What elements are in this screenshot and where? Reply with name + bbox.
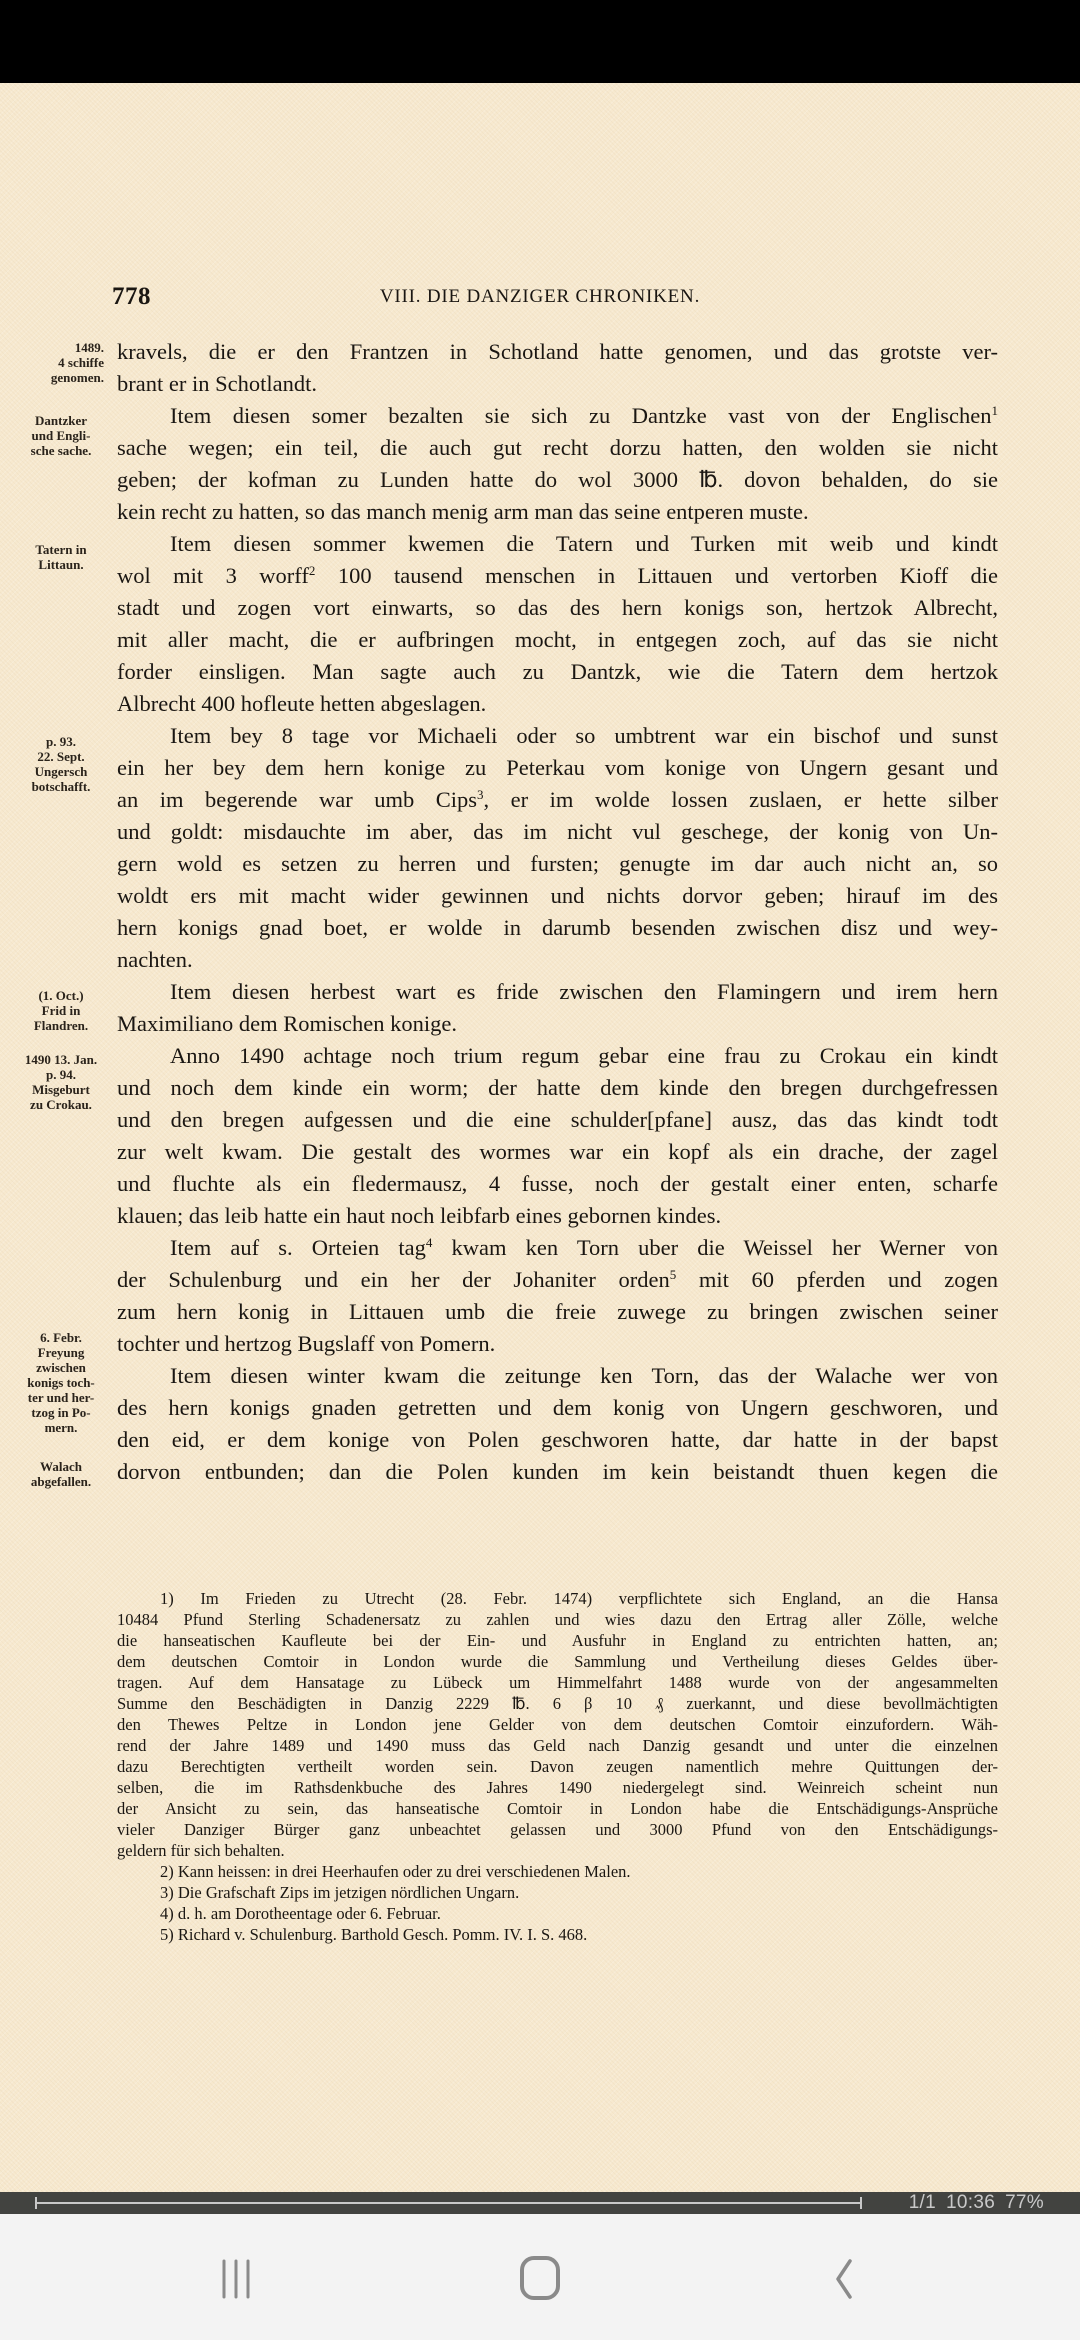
text-span: Item auf s. Orteien tag [170,1235,426,1260]
text-line: zum hern konig in Littauen umb die freie… [117,1296,998,1328]
text-line: wol mit 3 worff2 100 tausend menschen in… [117,560,998,592]
margin-note-line: 22. Sept. [18,749,104,764]
margin-note-line: Frid in [18,1003,104,1018]
margin-note-dantzker: Dantzker und Engli- sche sache. [18,413,104,458]
status-info: 1/110:3677% [899,2192,1044,2214]
home-button[interactable] [500,2244,580,2314]
text-line: Item diesen somer bezalten sie sich zu D… [170,400,998,432]
home-icon [517,2256,563,2302]
footnote-2: 2) Kann heissen: in drei Heerhaufen oder… [160,1861,631,1882]
margin-note-line: 4 schiffe [18,355,104,370]
page-progress-slider[interactable] [35,2202,862,2204]
text-line: Item diesen winter kwam die zeitunge ken… [170,1360,998,1392]
footnote-line: Summe den Beschädigten in Danzig 2229 ℔.… [117,1693,998,1714]
footnote-line: 10484 Pfund Sterling Schadenersatz zu za… [117,1609,998,1630]
text-line: Item bey 8 tage vor Michaeli oder so umb… [170,720,998,752]
text-span: Item diesen somer bezalten sie sich zu D… [170,403,992,428]
margin-note-line: sche sache. [18,443,104,458]
text-line: forder einsligen. Man sagte auch zu Dant… [117,656,998,688]
footnote-5: 5) Richard v. Schulenburg. Barthold Gesc… [160,1924,587,1945]
margin-note-line: Littaun. [18,557,104,572]
margin-note-freyung: 6. Febr. Freyung zwischen konigs toch- t… [18,1330,104,1435]
text-line: den eid, er dem konige von Polen geschwo… [117,1424,998,1456]
text-line: ein her bey dem hern konige zu Peterkau … [117,752,998,784]
progress-start-tick [35,2197,37,2209]
footnote-line: tragen. Auf dem Hansatage zu Lübeck um H… [117,1672,998,1693]
recent-apps-button[interactable] [196,2244,276,2314]
text-span: mit 60 pferden und zogen [676,1267,998,1292]
margin-note-line: Tatern in [18,542,104,557]
margin-note-line: Dantzker [18,413,104,428]
text-line: hern konigs gnad boet, er wolde in darum… [117,912,998,944]
footnote-line: vieler Danziger Bürger ganz unbeachtet g… [117,1819,998,1840]
text-line: geben; der kofman zu Lunden hatte do wol… [117,464,998,496]
margin-note-line: Ungersch [18,764,104,779]
footnote-line: die hanseatischen Kaufleute bei der Ein-… [117,1630,998,1651]
text-line: kein recht zu hatten, so das manch menig… [117,496,998,528]
text-line: und den bregen aufgessen und die eine sc… [117,1104,998,1136]
margin-note-line: Flandren. [18,1018,104,1033]
text-span: 100 tausend menschen in Littauen und ver… [315,563,998,588]
document-page[interactable]: 778 VIII. DIE DANZIGER CHRONIKEN. 1489. … [0,83,1080,2192]
margin-note-tatern: Tatern in Littaun. [18,542,104,572]
text-line: gern wold es setzen zu herren und furste… [117,848,998,880]
margin-note-ungersch: p. 93. 22. Sept. Ungersch botschafft. [18,734,104,794]
text-line: und noch dem kinde ein worm; der hatte d… [117,1072,998,1104]
section-title: VIII. DIE DANZIGER CHRONIKEN. [0,286,1080,308]
text-line: klauen; das leib hatte ein haut noch lei… [117,1200,998,1232]
text-line: stadt und zogen vort einwarts, so das de… [117,592,998,624]
footnote-3: 3) Die Grafschaft Zips im jetzigen nördl… [160,1882,519,1903]
footnote-line: rend der Jahre 1489 und 1490 muss das Ge… [117,1735,998,1756]
margin-note-misgeburt: 1490 13. Jan. p. 94. Misgeburt zu Crokau… [18,1052,104,1112]
margin-note-line: 1490 13. Jan. [18,1052,104,1067]
margin-note-line: Walach [18,1459,104,1474]
text-line: woldt ers mit macht wider gewinnen und n… [117,880,998,912]
text-line: des hern konigs gnaden getretten und dem… [117,1392,998,1424]
back-chevron-icon [822,2257,862,2301]
system-navigation-bar [0,2214,1080,2340]
text-span: , er im wolde lossen zuslaen, er hette s… [484,787,999,812]
margin-note-line: 1489. [18,340,104,355]
footnote-line: dem deutschen Comtoir in London wurde di… [117,1651,998,1672]
footnote-4: 4) d. h. am Dorotheentage oder 6. Februa… [160,1903,441,1924]
text-line: nachten. [117,944,998,976]
text-line: kravels, die er den Frantzen in Schotlan… [117,336,998,368]
footnote-line: den Thewes Peltze in London jene Gelder … [117,1714,998,1735]
text-line: der Schulenburg und ein her der Johanite… [117,1264,998,1296]
text-line: brant er in Schotlandt. [117,368,998,400]
margin-note-line: p. 93. [18,734,104,749]
text-span: kwam ken Torn uber die Weissel her Werne… [432,1235,998,1260]
text-line: Item diesen herbest wart es fride zwisch… [170,976,998,1008]
footnote-ref[interactable]: 1 [992,403,999,418]
back-button[interactable] [802,2244,882,2314]
text-line: und goldt: misdauchte im aber, das im ni… [117,816,998,848]
text-line: dorvon entbunden; dan die Polen kunden i… [117,1456,998,1488]
margin-note-line: zwischen [18,1360,104,1375]
system-top-bar [0,0,1080,83]
footnote-1: 1) Im Frieden zu Utrecht (28. Febr. 1474… [160,1588,998,1609]
margin-note-walach: Walach abgefallen. [18,1459,104,1489]
text-line: Item auf s. Orteien tag4 kwam ken Torn u… [170,1232,998,1264]
text-span: an im begerende war umb Cips [117,787,477,812]
text-line: und fluchte als ein fledermausz, 4 fusse… [117,1168,998,1200]
text-span: der Schulenburg und ein her der Johanite… [117,1267,670,1292]
margin-note-frid: (1. Oct.) Frid in Flandren. [18,988,104,1033]
text-line: Anno 1490 achtage noch trium regum gebar… [170,1040,998,1072]
margin-note-line: zu Crokau. [18,1097,104,1112]
text-span: wol mit 3 worff [117,563,309,588]
text-line: Maximiliano dem Romischen konige. [117,1008,998,1040]
recents-icon [214,2257,258,2301]
text-line: zur welt kwam. Die gestalt des wormes wa… [117,1136,998,1168]
margin-note-line: (1. Oct.) [18,988,104,1003]
margin-note-line: abgefallen. [18,1474,104,1489]
text-line: sache wegen; ein teil, die auch gut rech… [117,432,998,464]
margin-note-line: p. 94. [18,1067,104,1082]
margin-note-line: Misgeburt [18,1082,104,1097]
margin-note-line: Freyung [18,1345,104,1360]
margin-note-line: mern. [18,1420,104,1435]
margin-note-line: botschafft. [18,779,104,794]
text-line: mit aller macht, die er aufbringen mocht… [117,624,998,656]
margin-note-line: ter und her- [18,1390,104,1405]
footnote-line: selben, die im Rathsdenkbuche des Jahres… [117,1777,998,1798]
margin-note-line: 6. Febr. [18,1330,104,1345]
text-line: Item diesen sommer kwemen die Tatern und… [170,528,998,560]
margin-note-1489: 1489. 4 schiffe genomen. [18,340,104,385]
text-line: tochter und hertzog Bugslaff von Pomern. [117,1328,998,1360]
text-line: Albrecht 400 hofleute hetten abgeslagen. [117,688,998,720]
margin-note-line: und Engli- [18,428,104,443]
text-line: an im begerende war umb Cips3, er im wol… [117,784,998,816]
margin-note-line: genomen. [18,370,104,385]
margin-note-line: konigs toch- [18,1375,104,1390]
battery-level: 77% [1005,2192,1044,2213]
page-indicator: 1/1 [909,2192,936,2213]
footnote-line: geldern für sich behalten. [117,1840,998,1861]
progress-end-tick [860,2197,862,2209]
footnote-line: dazu Berechtigten vertheilt worden sein.… [117,1756,998,1777]
running-head: 778 VIII. DIE DANZIGER CHRONIKEN. [0,283,1080,323]
clock: 10:36 [946,2192,995,2213]
margin-note-line: tzog in Po- [18,1405,104,1420]
footnote-line: der Ansicht zu sein, das hanseatische Co… [117,1798,998,1819]
reader-status-bar: 1/110:3677% [0,2192,1080,2214]
